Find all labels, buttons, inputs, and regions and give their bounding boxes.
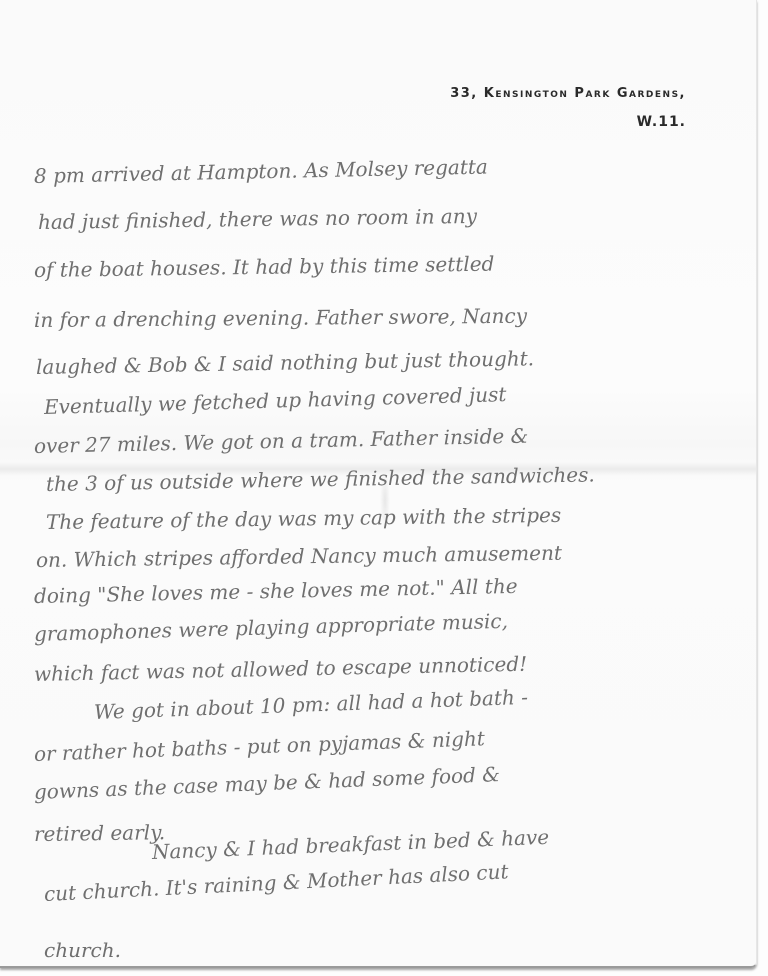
scan-background: 33, Kensington Park Gardens, W.11. 8 pm … <box>0 0 768 976</box>
letter-line: The feature of the day was my cap with t… <box>46 503 561 534</box>
letter-line: which fact was not allowed to escape unn… <box>34 652 528 686</box>
letter-line: gramophones were playing appropriate mus… <box>34 609 509 646</box>
letterhead: 33, Kensington Park Gardens, W.11. <box>450 86 686 130</box>
letter-line: over 27 miles. We got on a tram. Father … <box>34 424 529 458</box>
letter-line: on. Which stripes afforded Nancy much am… <box>36 541 562 572</box>
letterhead-district: W.11. <box>450 114 686 130</box>
letter-line: or rather hot baths - put on pyjamas & n… <box>34 726 486 766</box>
letter-line: of the boat houses. It had by this time … <box>34 252 495 282</box>
letter-line: gowns as the case may be & had some food… <box>34 762 501 804</box>
letter-line: church. <box>44 938 121 962</box>
letter-page: 33, Kensington Park Gardens, W.11. 8 pm … <box>0 0 757 968</box>
letter-line: We got in about 10 pm: all had a hot bat… <box>94 685 529 724</box>
letter-line: 8 pm arrived at Hampton. As Molsey regat… <box>34 154 488 188</box>
letter-line: in for a drenching evening. Father swore… <box>34 304 527 332</box>
letter-line: Nancy & I had breakfast in bed & have <box>152 825 550 864</box>
letter-line: doing "She loves me - she loves me not."… <box>34 574 518 608</box>
letterhead-street: 33, Kensington Park Gardens, <box>450 86 686 101</box>
letter-line: Eventually we fetched up having covered … <box>44 382 507 419</box>
letter-line: had just finished, there was no room in … <box>38 204 477 234</box>
letter-line: the 3 of us outside where we finished th… <box>46 462 595 496</box>
letter-line: laughed & Bob & I said nothing but just … <box>36 346 534 379</box>
letter-line: cut church. It's raining & Mother has al… <box>43 859 509 906</box>
letter-line: retired early. <box>34 820 165 846</box>
